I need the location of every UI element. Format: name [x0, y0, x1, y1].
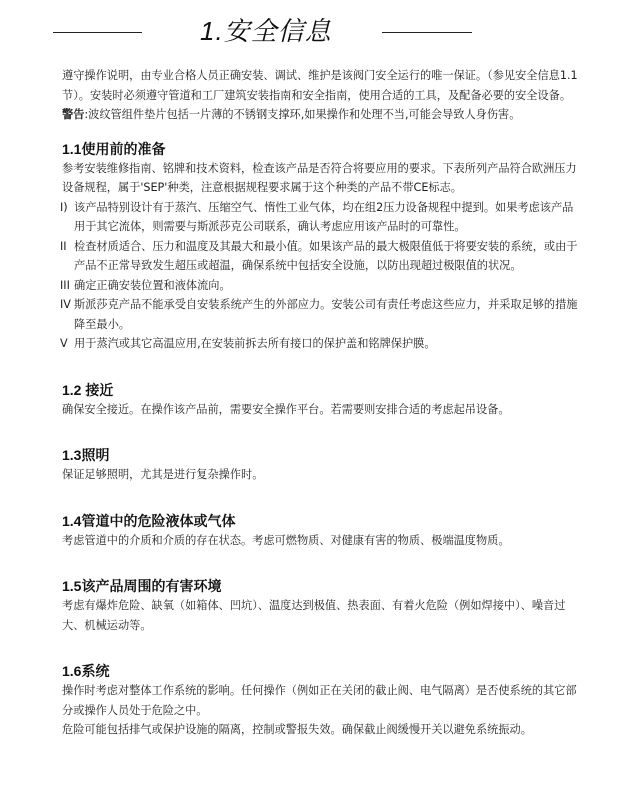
- warning-paragraph: 警告:波纹管组件垫片包括一片薄的不锈钢支撑环,如果操作和处理不当,可能会导致人身…: [62, 105, 582, 125]
- list-item: III 确定正确安装位置和液体流向。: [62, 276, 582, 296]
- list-item-text: 斯派莎克产品不能承受自安装系统产生的外部应力。安装公司有责任考虑这些应力，并采取…: [74, 295, 582, 334]
- list-item-number: III: [60, 276, 74, 296]
- section-heading: 1.3照明: [62, 445, 582, 465]
- section-body: 确保安全接近。在操作该产品前，需要安全操作平台。若需要则安排合适的考虑起吊设备。: [62, 400, 582, 420]
- section-1-4: 1.4管道中的危险液体或气体 考虑管道中的介质和介质的存在状态。考虑可燃物质、对…: [62, 511, 582, 551]
- title-rule-right: [382, 32, 472, 33]
- title-row: 1.安全信息: [0, 6, 625, 46]
- list-item: II 检查材质适合、压力和温度及其最大和最小值。如果该产品的最大极限值低于将要安…: [62, 237, 582, 276]
- section-body: 考虑管道中的介质和介质的存在状态。考虑可燃物质、对健康有害的物质、极端温度物质。: [62, 531, 582, 551]
- list-item: IV 斯派莎克产品不能承受自安装系统产生的外部应力。安装公司有责任考虑这些应力，…: [62, 295, 582, 334]
- section-1-2: 1.2 接近 确保安全接近。在操作该产品前，需要安全操作平台。若需要则安排合适的…: [62, 380, 582, 420]
- section-body: 参考安装维修指南、铭牌和技术资料，检查该产品是否符合将要应用的要求。下表所列产品…: [62, 159, 582, 198]
- section-1-1: 1.1使用前的准备 参考安装维修指南、铭牌和技术资料，检查该产品是否符合将要应用…: [62, 139, 582, 354]
- section-1-3: 1.3照明 保证足够照明，尤其是进行复杂操作时。: [62, 445, 582, 485]
- page-title: 1.安全信息: [200, 11, 320, 48]
- section-1-6: 1.6系统 操作时考虑对整体工作系统的影响。任何操作（例如正在关闭的截止阀、电气…: [62, 661, 582, 740]
- section-body-2: 危险可能包括排气或保护设施的隔离，控制或警报失效。确保截止阀缓慢开关以避免系统振…: [62, 720, 582, 740]
- section-heading: 1.6系统: [62, 661, 582, 681]
- section-body: 保证足够照明，尤其是进行复杂操作时。: [62, 465, 582, 485]
- section-body: 考虑有爆炸危险、缺氧（如箱体、凹坑）、温度达到极值、热表面、有着火危险（例如焊接…: [62, 596, 582, 635]
- list-item-number: V: [60, 334, 74, 354]
- list-item-number: I): [60, 198, 74, 237]
- list-item-number: IV: [60, 295, 74, 334]
- section-heading: 1.2 接近: [62, 380, 582, 400]
- title-rule-left: [53, 32, 142, 33]
- warning-label: 警告: [62, 108, 84, 121]
- warning-text: :波纹管组件垫片包括一片薄的不锈钢支撑环,如果操作和处理不当,可能会导致人身伤害…: [84, 108, 520, 121]
- intro-paragraph: 遵守操作说明，由专业合格人员正确安装、调试、维护是该阀门安全运行的唯一保证。（参…: [62, 66, 582, 105]
- list-item-text: 确定正确安装位置和液体流向。: [74, 276, 582, 296]
- list-item-text: 检查材质适合、压力和温度及其最大和最小值。如果该产品的最大极限值低于将要安装的系…: [74, 237, 582, 276]
- list-item: V 用于蒸汽或其它高温应用,在安装前拆去所有接口的保护盖和铭牌保护膜。: [62, 334, 582, 354]
- section-heading: 1.4管道中的危险液体或气体: [62, 511, 582, 531]
- list-item: I) 该产品特别设计有于蒸汽、压缩空气、惰性工业气体，均在组2压力设备规程中提到…: [62, 198, 582, 237]
- list-item-text: 该产品特别设计有于蒸汽、压缩空气、惰性工业气体，均在组2压力设备规程中提到。如果…: [74, 198, 582, 237]
- list-item-number: II: [60, 237, 74, 276]
- section-body: 操作时考虑对整体工作系统的影响。任何操作（例如正在关闭的截止阀、电气隔离）是否使…: [62, 681, 582, 720]
- section-heading: 1.1使用前的准备: [62, 139, 582, 159]
- section-heading: 1.5该产品周围的有害环境: [62, 576, 582, 596]
- document-body: 遵守操作说明，由专业合格人员正确安装、调试、维护是该阀门安全运行的唯一保证。（参…: [62, 66, 582, 740]
- section-1-5: 1.5该产品周围的有害环境 考虑有爆炸危险、缺氧（如箱体、凹坑）、温度达到极值、…: [62, 576, 582, 635]
- list-item-text: 用于蒸汽或其它高温应用,在安装前拆去所有接口的保护盖和铭牌保护膜。: [74, 334, 582, 354]
